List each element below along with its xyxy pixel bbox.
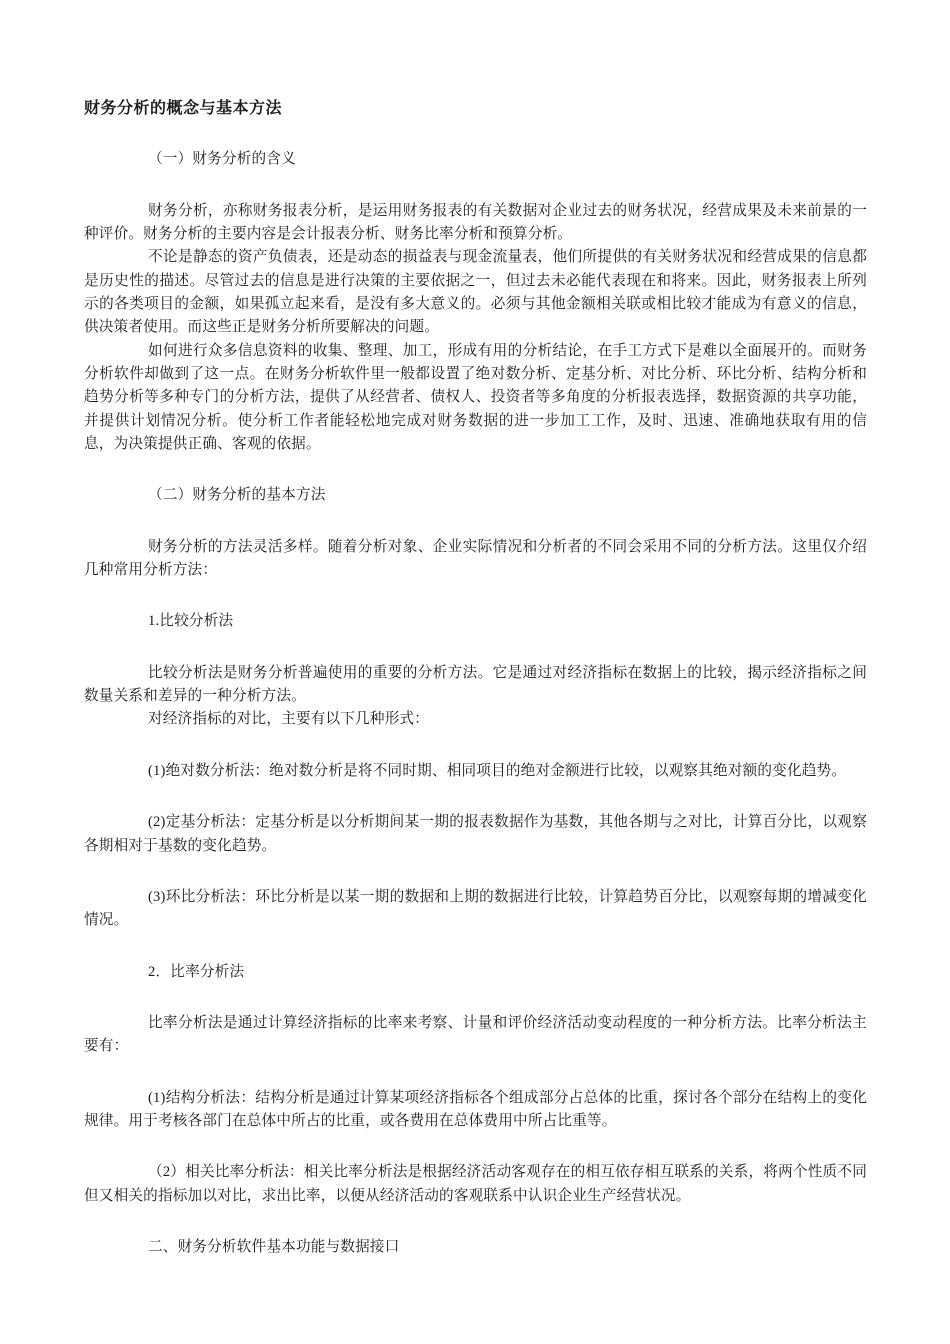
paragraph: 对经济指标的对比，主要有以下几种形式：	[84, 708, 867, 731]
section-heading: 1.比较分析法	[84, 610, 867, 633]
list-item: (2)定基分析法：定基分析是以分析期间某一期的报表数据作为基数，其他各期与之对比…	[84, 811, 867, 858]
paragraph: 比较分析法是财务分析普遍使用的重要的分析方法。它是通过对经济指标在数据上的比较，…	[84, 662, 867, 709]
section-heading: 2．比率分析法	[84, 961, 867, 984]
paragraph: 比率分析法是通过计算经济指标的比率来考察、计量和评价经济活动变动程度的一种分析方…	[84, 1012, 867, 1059]
section-heading: （二）财务分析的基本方法	[84, 484, 867, 507]
list-item: (3)环比分析法：环比分析是以某一期的数据和上期的数据进行比较，计算趋势百分比，…	[84, 886, 867, 933]
doc-title: 财务分析的概念与基本方法	[84, 97, 867, 120]
paragraph: 财务分析的方法灵活多样。随着分析对象、企业实际情况和分析者的不同会采用不同的分析…	[84, 536, 867, 583]
document-body: （一）财务分析的含义财务分析，亦称财务报表分析，是运用财务报表的有关数据对企业过…	[84, 148, 867, 1259]
list-item: (1)绝对数分析法：绝对数分析是将不同时期、相同项目的绝对金额进行比较，以观察其…	[84, 760, 867, 783]
section-heading: （一）财务分析的含义	[84, 148, 867, 171]
section-heading: 二、财务分析软件基本功能与数据接口	[84, 1236, 867, 1259]
paragraph: 不论是静态的资产负债表，还是动态的损益表与现金流量表，他们所提供的有关财务状况和…	[84, 246, 867, 339]
paragraph: 如何进行众多信息资料的收集、整理、加工，形成有用的分析结论，在手工方式下是难以全…	[84, 340, 867, 457]
list-item: （2）相关比率分析法：相关比率分析法是根据经济活动客观存在的相互依存相互联系的关…	[84, 1161, 867, 1208]
document-page: 财务分析的概念与基本方法 （一）财务分析的含义财务分析，亦称财务报表分析，是运用…	[0, 0, 950, 1344]
list-item: (1)结构分析法：结构分析是通过计算某项经济指标各个组成部分占总体的比重，探讨各…	[84, 1087, 867, 1134]
paragraph: 财务分析，亦称财务报表分析，是运用财务报表的有关数据对企业过去的财务状况，经营成…	[84, 200, 867, 247]
